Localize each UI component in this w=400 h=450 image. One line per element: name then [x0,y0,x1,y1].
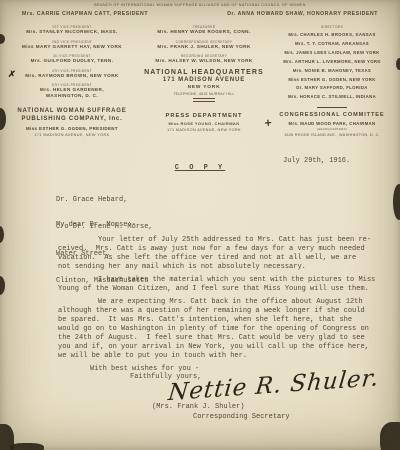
body-line: be spared. It was Mrs. Catt's intention,… [58,316,378,325]
handwritten-plus-mark: + [264,118,273,130]
letter-body: Your letter of July 25th addressed to Mr… [58,236,378,378]
officer-name: Miss MARY GARRETT HAY, NEW YORK [0,44,144,50]
body-line: the 24th of August. I feel sure that Mrs… [58,334,378,343]
officer-entry: 2ND VICE-PRESIDENT Miss MARY GARRETT HAY… [0,40,144,50]
letterhead-left-column: 1ST VICE-PRESIDENT Mrs. STANLEY McCORMIC… [0,25,144,137]
section-divider [317,107,347,108]
salutation: My dear Dr. Morse:- [56,221,136,229]
director-name: Mrs. JAMES LEES LAIDLAW, NEW YORK [264,49,400,58]
officer-name-city: WASHINGTON, D. C. [0,93,144,99]
signed-name: (Mrs. Frank J. Shuler) [152,403,244,411]
press-chairman: Miss ROSE YOUNG, CHAIRMAN [144,121,264,126]
scan-artifact [0,226,4,243]
paragraph: I have taken the material which you sent… [58,276,378,294]
paragraph: We are expecting Mrs. Catt back in the o… [58,298,378,361]
headquarters-title: NATIONAL HEADQUARTERS [144,69,264,76]
body-line: would go on to Washington in plenty of t… [58,325,378,334]
scan-artifact [10,443,44,450]
letterhead-columns: 1ST VICE-PRESIDENT Mrs. STANLEY McCORMIC… [0,25,400,137]
directors-title: DIRECTORS [264,25,400,29]
congressional-address: 1626 RHODE ISLAND AVE., WASHINGTON, D. C… [264,133,400,137]
paragraph: Your letter of July 25th addressed to Mr… [58,236,378,272]
headquarters-address: 171 MADISON AVENUE [144,77,264,83]
body-line: Young of the Woman Citizen, and I feel s… [58,285,378,294]
director-name: Miss ESTHER G. OGDEN, NEW YORK [264,76,400,85]
headquarters-telephone: TELEPHONE, 4818 MURRAY HILL [144,92,264,96]
national-headquarters-block: NATIONAL HEADQUARTERS 171 MADISON AVENUE… [144,69,264,102]
director-name: Mrs. HORACE C. STILWELL, INDIANA [264,93,400,102]
publishing-company-block: NATIONAL WOMAN SUFFRAGE PUBLISHING COMPA… [0,108,144,137]
director-name: Mrs. ARTHUR L. LIVERMORE, NEW YORK [264,58,400,67]
body-line: we will be able to put you in touch with… [58,352,378,361]
recipient-line: Dr. Grace Hebard, [56,196,153,205]
officer-entry: ✗ 4TH VICE-PRESIDENT Mrs. RAYMOND BROWN,… [0,69,144,79]
body-line: although there was a question of her rem… [58,307,378,316]
press-department-block: PRESS DEPARTMENT Miss ROSE YOUNG, CHAIRM… [144,113,264,132]
director-name: Mrs. CHARLES H. BROOKS, KANSAS [264,31,400,40]
congressional-headquarters-label: (HEADQUARTERS) [264,127,400,131]
officer-entry: TREASURER Mrs. HENRY WADE ROGERS, CONN. [144,25,264,35]
officer-entry: 1ST VICE-PRESIDENT Mrs. STANLEY McCORMIC… [0,25,144,35]
copy-label: C O P Y [0,164,400,172]
officer-entry: 5TH VICE-PRESIDENT Mrs. HELEN GARDENER, … [0,83,144,99]
body-line: vacation. As she left the office ver tir… [58,254,378,263]
body-line: We are expecting Mrs. Catt back in the o… [58,298,378,307]
scan-artifact [380,422,400,450]
press-title: PRESS DEPARTMENT [144,113,264,119]
handwritten-x-mark: ✗ [7,69,16,80]
press-address: 171 MADISON AVENUE, NEW YORK [144,128,264,132]
branch-line: BRANCH OF INTERNATIONAL WOMAN SUFFRAGE A… [0,3,400,7]
scan-artifact [393,184,400,220]
officer-name: Mrs. HALSEY W. WILSON, NEW YORK [144,58,264,64]
officer-name: Mrs. HENRY WADE ROGERS, CONN. [144,29,264,35]
double-rule [193,98,215,102]
congressional-title: CONGRESSIONAL COMMITTEE [264,112,400,118]
president-name: Mrs. CARRIE CHAPMAN CATT, PRESIDENT [22,11,148,17]
publishing-line: NATIONAL WOMAN SUFFRAGE [0,108,144,116]
officer-entry: 3D VICE-PRESIDENT Mrs. GUILFORD DUDLEY, … [0,54,144,64]
officer-name: Mrs. STANLEY McCORMICK, MASS. [0,29,144,35]
presidents-row: Mrs. CARRIE CHAPMAN CATT, PRESIDENT Dr. … [0,11,400,17]
director-name: Mrs. T. T. COTNAM, ARKANSAS [264,40,400,49]
letterhead-right-column: DIRECTORS Mrs. CHARLES H. BROOKS, KANSAS… [264,25,400,137]
director-name: Dr. MARY SAFFORD, FLORIDA [264,84,400,93]
director-name: Mrs. NONIE B. MAHONEY, TEXAS [264,67,400,76]
officer-name: Mrs. FRANK J. SHULER, NEW YORK [144,44,264,50]
scan-artifact [0,276,5,295]
congressional-chairman: Mrs. MAUD WOOD PARK, CHAIRMAN [264,121,400,126]
headquarters-city: NEW YORK [144,85,264,90]
publishing-president: Miss ESTHER G. OGDEN, PRESIDENT [0,126,144,131]
body-line: Your letter of July 25th addressed to Mr… [58,236,378,245]
congressional-committee-block: + CONGRESSIONAL COMMITTEE Mrs. MAUD WOOD… [264,112,400,137]
officer-entry: RECORDING SECRETARY Mrs. HALSEY W. WILSO… [144,54,264,64]
body-line: ceived. Mrs. Catt is away just now for a… [58,245,378,254]
letter-document: BRANCH OF INTERNATIONAL WOMAN SUFFRAGE A… [0,0,400,450]
publishing-line: PUBLISHING COMPANY, Inc. [0,116,144,124]
body-line: I have taken the material which you sent… [58,276,378,285]
body-line: you and if, on your arrival in New York,… [58,343,378,352]
letterhead-center-column: TREASURER Mrs. HENRY WADE ROGERS, CONN. … [144,25,264,137]
honorary-president-name: Dr. ANNA HOWARD SHAW, HONORARY PRESIDENT [227,11,378,17]
body-line: not sending her any mail which is not ab… [58,263,378,272]
officer-name: Mrs. RAYMOND BROWN, NEW YORK [0,73,144,79]
officer-name: Mrs. GUILFORD DUDLEY, TENN. [0,58,144,64]
signed-title: Corresponding Secretary [193,413,290,421]
officer-entry: CORRESPONDING SECRETARY Mrs. FRANK J. SH… [144,40,264,50]
publishing-address: 171 MADISON AVENUE, NEW YORK [0,133,144,137]
